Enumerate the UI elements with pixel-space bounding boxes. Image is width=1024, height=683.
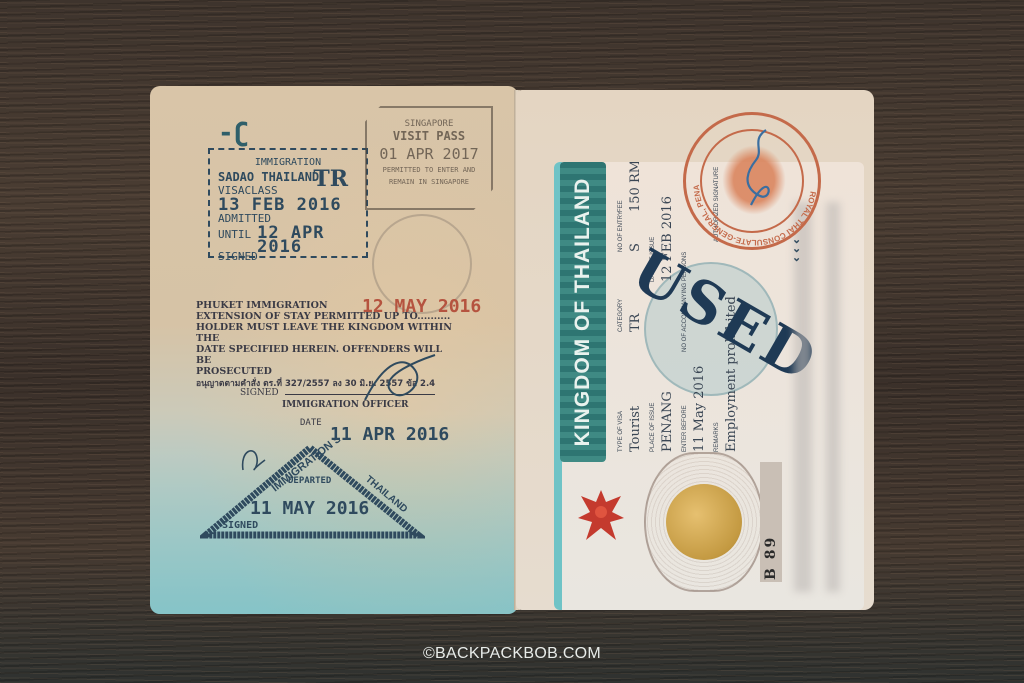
until-label: UNTIL: [218, 228, 251, 242]
visa-field-place: PLACE OF ISSUE PENANG: [650, 391, 675, 452]
redacted-text: [826, 202, 840, 592]
singapore-visit-pass-stamp: SINGAPORE VISIT PASS 01 APR 2017 PERMITT…: [365, 106, 493, 210]
field-value: PENANG: [660, 391, 675, 452]
field-label: PLACE OF ISSUE: [650, 391, 656, 452]
departure-date: 11 MAY 2016: [250, 498, 369, 519]
field-value: Tourist: [628, 406, 643, 452]
stamp-date: 01 APR 2017: [375, 148, 483, 160]
visa-field-type: TYPE OF VISA Tourist: [618, 406, 643, 452]
seal-signature-icon: [736, 125, 776, 215]
immigration-logo-icon: -ʗ: [218, 118, 249, 148]
departed-label: DEPARTED: [288, 476, 331, 486]
stamp-footer: PERMITTED TO ENTER AND REMAIN IN SINGAPO…: [375, 164, 483, 188]
visa-field-enter-before: ENTER BEFORE 11 May 2016: [682, 366, 707, 452]
visaclass-value: TR: [313, 172, 348, 186]
date-label: DATE: [300, 418, 322, 428]
field-value: TR: [628, 314, 643, 332]
departure-signed-label: SIGNED: [222, 520, 258, 531]
field-label: ENTER BEFORE: [682, 366, 688, 452]
visa-serial-number: B 89: [760, 460, 782, 580]
visa-field-fee: FEE 150 RM: [618, 162, 643, 212]
watermark-text: ©BACKPACKBOB.COM: [0, 645, 1024, 663]
gold-hologram-icon: [666, 484, 742, 560]
field-label: TYPE OF VISA: [618, 406, 624, 452]
sadao-entry-stamp: IMMIGRATION SADAO THAILAND VISACLASS TR …: [208, 148, 368, 258]
field-label: CATEGORY: [618, 299, 624, 332]
signed-label: SIGNED: [240, 388, 279, 398]
field-value: 150 RM: [628, 162, 643, 212]
extension-date-red: 12 MAY 2016: [362, 296, 481, 317]
extension-line: HOLDER MUST LEAVE THE KINGDOM WITHIN THE: [196, 322, 456, 344]
officer-label: IMMIGRATION OFFICER: [282, 400, 408, 410]
garuda-emblem-icon: [576, 482, 626, 552]
field-value: S: [628, 243, 643, 252]
stamp-title: VISIT PASS: [375, 130, 483, 142]
field-label: NO OF ENTRY: [618, 211, 624, 252]
gold-hologram-seal: [644, 452, 764, 592]
field-label: FEE: [618, 162, 624, 212]
until-date: 12 APR 2016: [257, 226, 358, 254]
visa-field-entries: NO OF ENTRY S: [618, 211, 643, 252]
entry-date: 13 FEB 2016: [218, 198, 358, 212]
consulate-seal: ROYAL THAI CONSULATE-GENERAL, PENANG: [683, 112, 821, 250]
chevron-marks-icon: ⌄⌄⌄: [792, 236, 801, 263]
departure-signature-icon: [235, 440, 275, 480]
visa-banner-text: KINGDOM OF THAILAND: [560, 162, 606, 462]
field-value: 11 May 2016: [692, 366, 707, 452]
